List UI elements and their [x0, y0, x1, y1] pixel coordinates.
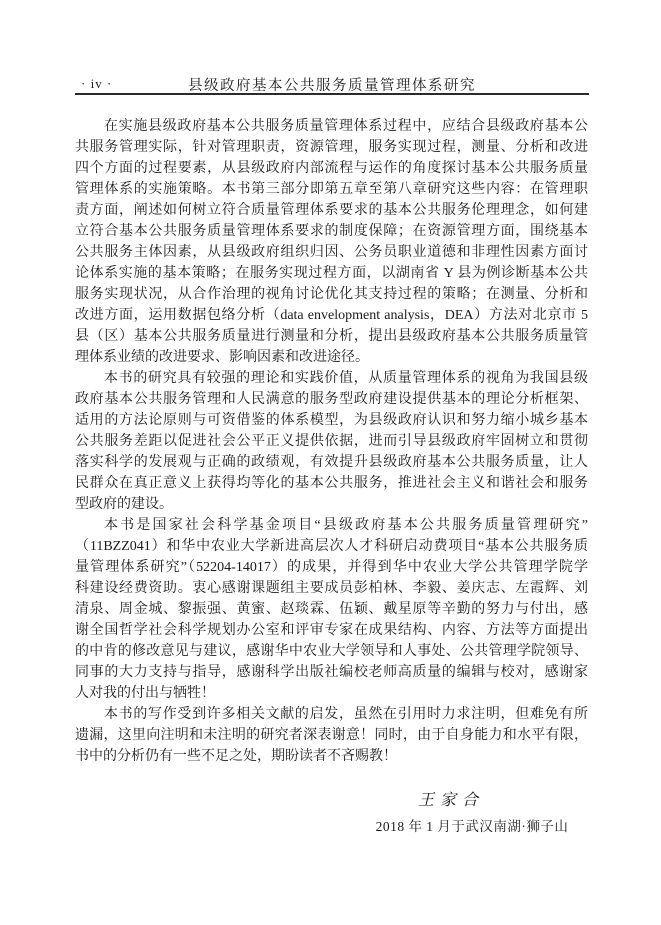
paragraph-4: 本书的写作受到许多相关文献的启发，虽然在引用时力求注明，但难免有所遗漏，这里向注…	[75, 704, 588, 767]
signature-block: 王家合 2018 年 1 月于武汉南湖·狮子山	[372, 787, 572, 835]
text-line: 人对我的付出与牺牲！	[75, 683, 588, 704]
running-title: 县级政府基本公共服务质量管理体系研究	[75, 74, 589, 95]
text-line: 本书的研究具有较强的理论和实践价值，从质量管理体系的视角为我国县级	[75, 368, 588, 389]
text-line: 谢全国哲学社会科学规划办公室和评审专家在成果结构、内容、方法等方面提出	[75, 620, 588, 641]
text-line: 民群众在真正意义上获得均等化的基本公共服务，推进社会主义和谐社会和服务	[75, 473, 588, 494]
text-line: 政府基本公共服务管理和人民满意的服务型政府建设提供基本的理论分析框架、	[75, 389, 588, 410]
text-line: （11BZZ041）和华中农业大学新进高层次人才科研启动费项目“基本公共服务质	[75, 536, 588, 557]
text-line: 管理体系的实施策略。本书第三部分即第五章至第八章研究这些内容：在管理职	[75, 179, 588, 200]
text-line: 公共服务差距以促进社会公平正义提供依据，进而引导县级政府牢固树立和贯彻	[75, 431, 588, 452]
text-line: 立符合基本公共服务质量管理体系要求的制度保障；在资源管理方面，围绕基本	[75, 221, 588, 242]
text-line: 论体系实施的基本策略；在服务实现过程方面，以湖南省 Y 县为例诊断基本公共	[75, 263, 588, 284]
text-line: 清泉、周金城、黎振强、黄蜜、赵琰霖、伍颖、戴星原等辛勤的努力与付出，感	[75, 599, 588, 620]
book-page: · iv · 县级政府基本公共服务质量管理体系研究 在实施县级政府基本公共服务质…	[0, 0, 661, 925]
text-line: 科建设经费资助。衷心感谢课题组主要成员彭柏林、李毅、姜庆志、左霞辉、刘	[75, 578, 588, 599]
text-line: 量管理体系研究”（52204-14017）的成果，并得到华中农业大学公共管理学院…	[75, 557, 588, 578]
text-line: 书中的分析仍有一些不足之处，期盼读者不吝赐教！	[75, 746, 588, 767]
signature-date: 2018 年 1 月于武汉南湖·狮子山	[372, 815, 572, 835]
page-number: · iv ·	[81, 76, 112, 92]
text-line: 落实科学的发展观与正确的政绩观，有效提升县级政府基本公共服务质量，让人	[75, 452, 588, 473]
document-body: 在实施县级政府基本公共服务质量管理体系过程中，应结合县级政府基本公共服务管理实际…	[75, 116, 588, 767]
text-line: 四个方面的过程要素，从县级政府内部流程与运作的角度探讨基本公共服务质量	[75, 158, 588, 179]
text-line: 型政府的建设。	[75, 494, 588, 515]
header-rule	[75, 93, 589, 95]
paragraph-1: 在实施县级政府基本公共服务质量管理体系过程中，应结合县级政府基本公共服务管理实际…	[75, 116, 588, 368]
text-line: 责方面，阐述如何树立符合质量管理体系要求的基本公共服务伦理理念，如何建	[75, 200, 588, 221]
text-line: 服务实现状况，从合作治理的视角讨论优化其支持过程的策略；在测量、分析和	[75, 284, 588, 305]
text-line: 在实施县级政府基本公共服务质量管理体系过程中，应结合县级政府基本公	[75, 116, 588, 137]
author-name: 王家合	[372, 787, 572, 810]
paragraph-3: 本书是国家社会科学基金项目“县级政府基本公共服务质量管理研究”（11BZZ041…	[75, 515, 588, 704]
text-line: 本书是国家社会科学基金项目“县级政府基本公共服务质量管理研究”	[75, 515, 588, 536]
text-line: 县（区）基本公共服务质量进行测量和分析，提出县级政府基本公共服务质量管	[75, 326, 588, 347]
text-line: 遗漏，这里向注明和未注明的研究者深表谢意！同时，由于自身能力和水平有限，	[75, 725, 588, 746]
text-line: 改进方面，运用数据包络分析（data envelopment analysis，…	[75, 305, 588, 326]
text-line: 理体系业绩的改进要求、影响因素和改进途径。	[75, 347, 588, 368]
text-line: 共服务管理实际，针对管理职责，资源管理，服务实现过程，测量、分析和改进	[75, 137, 588, 158]
text-line: 本书的写作受到许多相关文献的启发，虽然在引用时力求注明，但难免有所	[75, 704, 588, 725]
page-header: · iv · 县级政府基本公共服务质量管理体系研究	[75, 74, 589, 94]
paragraph-2: 本书的研究具有较强的理论和实践价值，从质量管理体系的视角为我国县级政府基本公共服…	[75, 368, 588, 515]
text-line: 的中肯的修改意见与建议，感谢华中农业大学领导和人事处、公共管理学院领导、	[75, 641, 588, 662]
text-line: 公共服务主体因素，从县级政府组织归因、公务员职业道德和非理性因素方面讨	[75, 242, 588, 263]
text-line: 同事的大力支持与指导，感谢科学出版社编校老师高质量的编辑与校对，感谢家	[75, 662, 588, 683]
text-line: 适用的方法论原则与可资借鉴的体系模型，为县级政府认识和努力缩小城乡基本	[75, 410, 588, 431]
